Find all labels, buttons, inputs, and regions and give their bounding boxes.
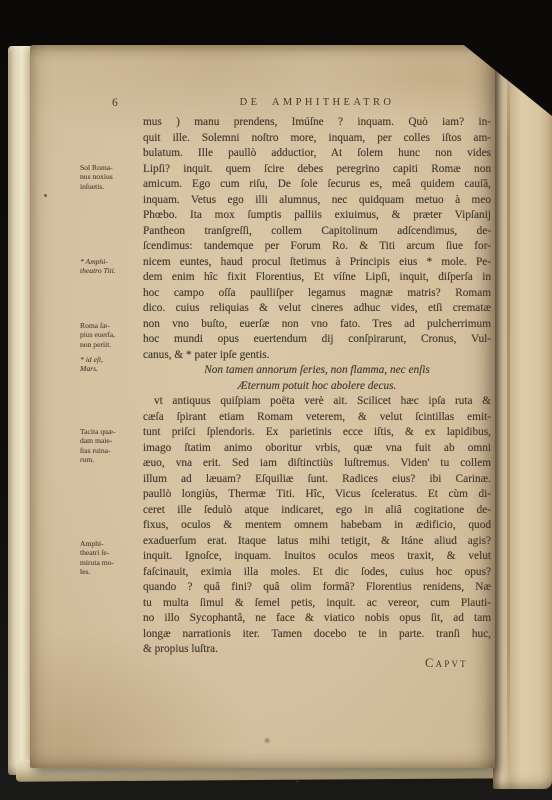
text-line: tunt priſci ſplendoris. Ex parietinis ec…: [143, 425, 491, 441]
margin-note: * id eſt, Mars.: [80, 355, 140, 374]
text-line: æuo, vna erit. Sed iam diſtinctiùs luſtr…: [143, 456, 491, 472]
text-line: amicum. Ego cum riſu, De ſole ſecurus es…: [143, 177, 491, 193]
margin-note: * Amphi- theatro Titi.: [80, 257, 140, 276]
catchword: Capvt: [425, 656, 468, 671]
body-text: mus ) manu prendens, Imúſne ? inquam. Qu…: [143, 115, 491, 658]
text-line: nicem euntes, haud procul ſtetimus à Pri…: [143, 255, 491, 271]
text-line: quit ille. Solemni noſtro more, inquam, …: [143, 131, 491, 147]
text-line: cæſa ſpirant etiam Romam veterem, & velu…: [143, 410, 491, 426]
text-line: vt antiquus quiſpiam poëta verè ait. Sci…: [143, 394, 491, 410]
page-crease: [507, 56, 510, 789]
text-line: mus ) manu prendens, Imúſne ? inquam. Qu…: [143, 115, 491, 131]
margin-note: Sol Roma- nus noxius inſuetis.: [80, 163, 140, 191]
text-line: paullò longiùs, Thermæ Titi. Hîc, Vicus …: [143, 487, 491, 503]
page-number: 6: [112, 97, 118, 109]
text-line: non vno buſto, euerſæ non vno fato. Tres…: [143, 317, 491, 333]
text-line: Lipſi? inquit. quem ſcire debes peregrin…: [143, 162, 491, 178]
verse-line: Non tamen annorum ſeries, non flamma, ne…: [143, 363, 491, 379]
book-page: 6 DE AMPHITHEATRO mus ) manu prendens, I…: [30, 45, 495, 768]
text-line: ceret ille ſedulò atque indicaret, ego i…: [143, 503, 491, 519]
text-line: hoc mundi opus euertendum dij conſpiraru…: [143, 332, 491, 348]
text-line: quando ? quâ fini? quâ olim formâ? Flore…: [143, 580, 491, 596]
text-line: illum ad læuam? Eſquiliæ ſunt. Radices e…: [143, 472, 491, 488]
text-line: faſcinauit, eximia illa moles. Et dic ſo…: [143, 565, 491, 581]
text-line: exaduerſum erat. Itaque latus mihi tetig…: [143, 534, 491, 550]
text-line: no illo Sycophantâ, ne face & viatico no…: [143, 611, 491, 627]
foxing-spot: [44, 194, 47, 197]
foxing-spot: [296, 780, 299, 783]
text-line: fixus, oculos & mentem omnem habebam in …: [143, 518, 491, 534]
text-line: tu multa ſimul & ſemel petis, inquit. ac…: [143, 596, 491, 612]
margin-note: Amphi- theatri ſe- miruta mo- les.: [80, 539, 140, 577]
text-line: Pantheon tranſgreſſi, collem Capitolinum…: [143, 224, 491, 240]
next-page-edge: [493, 56, 552, 789]
text-line: hoc campo oſſa paulliſper legamus magnæ …: [143, 286, 491, 302]
text-line: canus, & * pater ipſe gentis.: [143, 348, 491, 364]
text-line: Phœbo. Ita mox ſumptis palliis exiuimus,…: [143, 208, 491, 224]
text-line: dico. cuius reliquias & velut cineres ad…: [143, 301, 491, 317]
book-scan-photo: 6 DE AMPHITHEATRO mus ) manu prendens, I…: [0, 0, 552, 800]
text-line: inquam. Vetus ego illi alumnus, nec quid…: [143, 193, 491, 209]
margin-note: Roma ſæ- pius euerſa, non periit.: [80, 321, 140, 349]
text-line: inquit. Ignoſce, inquam. Inuitos oculos …: [143, 549, 491, 565]
text-line: longæ narrationis iter. Tamen docebo te …: [143, 627, 491, 643]
running-header: DE AMPHITHEATRO: [143, 97, 491, 108]
text-line: imago ſtatim animo oboritur vrbis, quæ v…: [143, 441, 491, 457]
text-line: ſcendimus: tandemque per Forum Ro. & Tit…: [143, 239, 491, 255]
text-line: bulatum. Ille paullò adductior, At ſolem…: [143, 146, 491, 162]
verse-line: Æternum potuit hoc abolere decus.: [143, 379, 491, 395]
margin-note: Tacita quæ- dam maie- ſtas ruina- rum.: [80, 427, 140, 465]
text-line: dem enim hîc fixit Florentius, Et víſne …: [143, 270, 491, 286]
